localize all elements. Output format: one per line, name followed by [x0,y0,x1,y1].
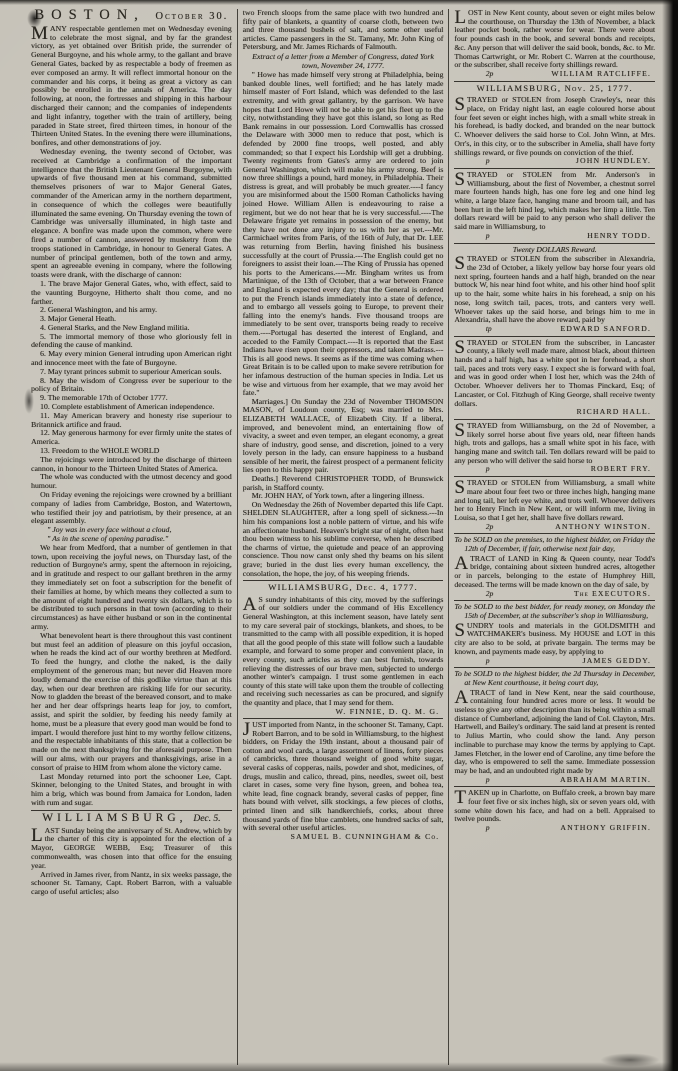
toast-item: 12. May generous harmony for ever firmly… [31,429,232,447]
column-divider-rule [243,580,444,581]
drop-cap: T [454,789,468,805]
signature-name: JOHN HUNDLEY. [576,157,651,166]
column-divider-rule [454,336,655,337]
column-3: LOST in New Kent county, about seven or … [448,9,660,1065]
signature-name: RICHARD HALL. [576,408,651,417]
signature-line: 2pANTHONY WINSTON. [454,523,655,532]
signature-code: p [486,465,490,474]
column-divider-rule [243,718,444,719]
column-divider-rule [454,168,655,169]
signature-code: p [486,232,490,241]
ad-heading: Twenty DOLLARS Reward. [454,246,655,255]
dateline: WILLIAMSBURG, Nov. 25, 1777. [454,84,655,94]
drop-cap: S [454,96,467,112]
signature-line: 2pThe EXECUTORS. [454,590,655,599]
signature-line: pANTHONY GRIFFIN. [454,824,655,833]
ad-heading: To be SOLD on the premises, to the highe… [454,536,655,553]
dateline: WILLIAMSBURG, Dec. 5. [31,814,232,824]
drop-cap: S [454,255,467,271]
signature-line: tpEDWARD SANFORD. [454,325,655,334]
signature-line: SAMUEL B. CUNNINGHAM & Co. [243,833,444,842]
paragraph: LOST in New Kent county, about seven or … [454,9,655,70]
dateline: BOSTON, October 30. [31,11,232,22]
paragraph: STRAYED or STOLEN from Mr. Anderson's in… [454,171,655,232]
signature-code: 2p [486,590,493,599]
paragraph: Arrived in James river, from Nantz, in s… [31,871,232,897]
paragraph: TAKEN up in Charlotte, on Buffalo creek,… [454,789,655,824]
signature-code: p [486,776,490,785]
signature-name: ANTHONY WINSTON. [555,523,651,532]
signature-code: 2p [486,70,493,79]
paragraph: ATRACT of land in New Kent, near the sai… [454,689,655,776]
newspaper-paper: BOSTON, October 30.MANY respectable gent… [0,0,678,1071]
column-2: two French sloops from the same place wi… [237,9,449,1065]
column-divider-rule [454,600,655,601]
ad-heading: Extract of a letter from a Member of Con… [243,53,444,70]
drop-cap: J [243,721,252,737]
dateline-city: WILLIAMSBURG, [268,582,356,592]
ad-heading: To be SOLD to the best bidder, for ready… [454,603,655,620]
signature-name: SAMUEL B. CUNNINGHAM & Co. [290,833,439,842]
dateline-date: Nov. 25, 1777. [565,83,633,93]
paragraph: Last Monday returned into port the schoo… [31,773,232,808]
paragraph: ATRACT of LAND in King & Queen county, n… [454,555,655,590]
column-divider-rule [454,81,655,82]
paragraph: STRAYED or STOLEN from Joseph Crawley's,… [454,96,655,157]
drop-cap: L [31,827,45,843]
signature-line: pHENRY TODD. [454,232,655,241]
drop-cap: S [454,622,467,638]
newspaper-page-photo: BOSTON, October 30.MANY respectable gent… [0,0,678,1071]
column-divider-rule [454,533,655,534]
paragraph: STRAYED or STOLEN from the subscriber, i… [454,339,655,409]
photo-dark-edge-right [662,0,678,1071]
paragraph: The whole was conducted with the utmost … [31,473,232,491]
dateline-date: Dec. 5. [193,814,220,824]
paragraph: SUNDRY tools and materials in the GOLDSM… [454,622,655,657]
signature-code: p [486,657,490,666]
paragraph: two French sloops from the same place wi… [243,9,444,52]
paragraph: STRAYED or STOLEN from the subscriber in… [454,255,655,325]
drop-cap: S [454,422,467,438]
signature-code: tp [486,325,492,334]
signature-name: ANTHONY GRIFFIN. [560,824,651,833]
drop-cap: L [454,9,468,25]
signature-name: JAMES GEDDY. [583,657,652,666]
paragraph: We hear from Medford, that a number of g… [31,544,232,632]
toast-item: 6. May every minion General intruding up… [31,350,232,368]
signature-code: 2p [486,523,493,532]
dateline-date: Dec. 4, 1777. [356,582,418,592]
ad-heading: To be SOLD to the highest bidder, the 2d… [454,670,655,687]
paragraph: On Wednesday the 26th of November depart… [243,501,444,578]
drop-cap: S [454,339,467,355]
drop-cap: S [454,479,467,495]
drop-cap: A [454,555,470,571]
paragraph: The rejoicings were introduced by the di… [31,456,232,474]
column-divider-rule [31,810,232,811]
signature-line: W. FINNIE, D. Q. M. G. [243,708,444,717]
signature-line: pABRAHAM MARTIN. [454,776,655,785]
signature-name: ABRAHAM MARTIN. [560,776,651,785]
signature-name: ROBERT FRY. [591,465,651,474]
column-divider-rule [454,243,655,244]
drop-cap: A [243,596,259,612]
signature-code: p [486,157,490,166]
toast-item: 5. The immortal memory of those who glor… [31,333,232,351]
paragraph: LAST Sunday being the anniversary of St.… [31,827,232,871]
signature-name: W. FINNIE, D. Q. M. G. [335,708,439,717]
paragraph: Deaths.] Reverend CHRISTOPHER TODD, of B… [243,475,444,492]
paragraph: AS sundry inhabitants of this city, move… [243,596,444,708]
paragraph: STRAYED from Williamsburg, on the 2d of … [454,422,655,466]
paragraph: On Friday evening the rejoicings were cr… [31,491,232,526]
column-divider-rule [454,667,655,668]
paragraph: JUST imported from Nantz, in the schoone… [243,721,444,833]
dateline: WILLIAMSBURG, Dec. 4, 1777. [243,583,444,593]
column-1: BOSTON, October 30.MANY respectable gent… [26,9,237,1065]
column-divider-rule [454,419,655,420]
verse-quote: " Joy was in every face without a cloud,… [31,526,232,544]
signature-name: The EXECUTORS. [574,590,651,599]
signature-line: pROBERT FRY. [454,465,655,474]
signature-line: pJOHN HUNDLEY. [454,157,655,166]
drop-cap: M [31,25,50,41]
paragraph: What benevolent heart is there throughou… [31,632,232,773]
column-divider-rule [454,476,655,477]
signature-line: RICHARD HALL. [454,408,655,417]
paragraph: MANY respectable gentlemen met on Wednes… [31,25,232,148]
signature-code: p [486,824,490,833]
paragraph: Marriages.] On Sunday the 23d of Novembe… [243,398,444,475]
signature-name: HENRY TODD. [587,232,651,241]
signature-line: pJAMES GEDDY. [454,657,655,666]
photo-dark-edge-bottom [0,1062,678,1071]
dateline-city: BOSTON, [34,9,155,23]
drop-cap: S [454,171,467,187]
dateline-city: WILLIAMSBURG, [477,83,565,93]
toast-item: 11. May American bravery and honesty ris… [31,412,232,430]
dateline-date: October 30. [155,11,228,22]
paragraph: " Howe has made himself very strong at P… [243,71,444,398]
drop-cap: A [454,689,470,705]
photo-dark-edge-top [0,0,678,5]
paragraph: STRAYED or STOLEN from Williamsburg, a s… [454,479,655,523]
signature-line: 2pWILLIAM RATCLIFFE. [454,70,655,79]
toast-item: 1. The brave Major General Gates, who, w… [31,280,232,306]
signature-name: EDWARD SANFORD. [560,325,651,334]
toast-item: 8. May the wisdom of Congress ever be su… [31,377,232,395]
dateline-city: WILLIAMSBURG, [42,812,193,824]
signature-name: WILLIAM RATCLIFFE. [551,70,651,79]
paragraph: Wednesday evening, the twenty second of … [31,148,232,280]
